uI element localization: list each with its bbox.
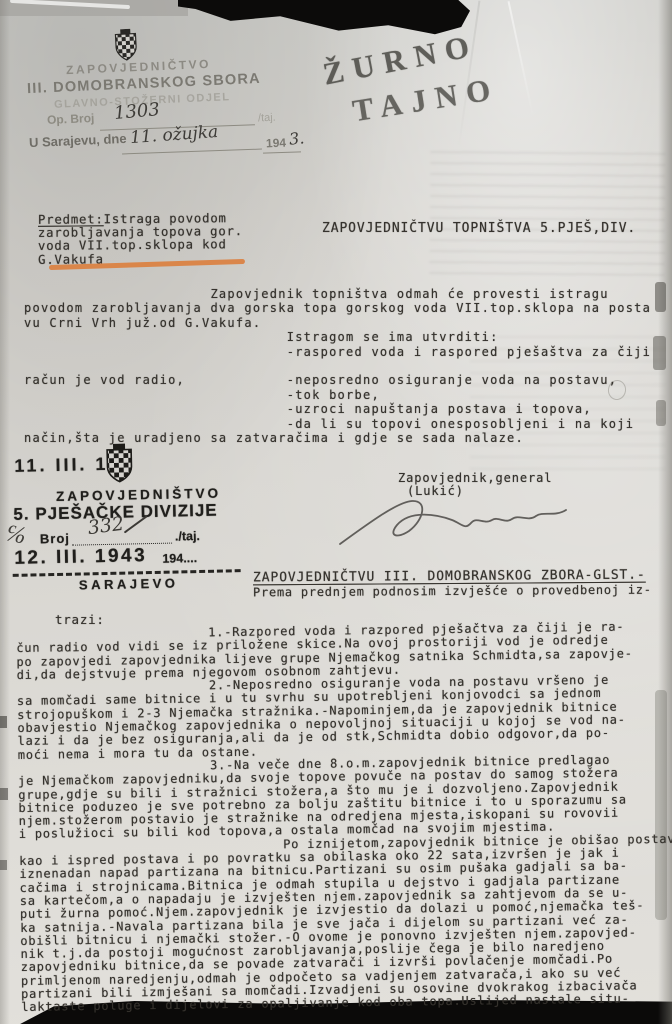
edge-mark <box>655 282 666 312</box>
edge-mark <box>0 716 7 728</box>
handwritten-date: 11. ožujka <box>129 122 218 148</box>
year-printed: 194 <box>266 136 287 151</box>
report-intro-line: Prema prednjem podnosim izvješće o prove… <box>253 583 652 600</box>
place-date-label: U Sarajevu, dne <box>29 131 127 150</box>
edge-mark <box>0 788 8 800</box>
report-body-text: 1.-Razpored voda i razpored pješačtva za… <box>16 620 672 1015</box>
protocol-number-label: Op. Broj <box>47 111 95 127</box>
receipt-number-label: Broj <box>40 531 70 547</box>
scanned-document-page: ZAPOVJEDNIČTVO III. DOMOBRANSKOG SBORA G… <box>0 0 672 1024</box>
receipt-place: SARAJEVO <box>79 575 179 592</box>
handwritten-receipt-number: 332 <box>86 513 125 539</box>
edge-mark <box>0 860 7 870</box>
form-underline <box>122 149 262 155</box>
bleedthrough-ghost-text <box>429 149 665 276</box>
signature-title: Zapovjednik,general <box>398 471 552 485</box>
form-underline <box>263 151 301 153</box>
handwritten-margin-mark: ℅ <box>3 518 28 550</box>
handwritten-protocol-number: 1303 <box>113 99 160 124</box>
signature-scrawl <box>338 492 573 554</box>
crease-line <box>508 1 535 119</box>
receipt-stamp-block: 11. III. 194 ZAPOVJEDNIŠTVO 5. PJEŠAČKE … <box>8 441 256 601</box>
black-scan-band-top <box>178 0 470 36</box>
coat-of-arms-shield-icon <box>104 443 135 486</box>
handwritten-year-digit: 3. <box>288 128 305 148</box>
order-body-text: Zapovjednik topništva odmah će provesti … <box>24 287 651 445</box>
protocol-number-suffix: /taj. <box>258 112 276 125</box>
coat-of-arms-shield-icon <box>113 28 139 61</box>
report-intro-continuation: trazi: <box>55 612 105 627</box>
addressee-heading-1: ZAPOVJEDNIČTVU TOPNIŠTVA 5.PJEŠ,DIV. <box>322 221 636 236</box>
receipt-number-suffix: ./taj. <box>175 529 200 544</box>
